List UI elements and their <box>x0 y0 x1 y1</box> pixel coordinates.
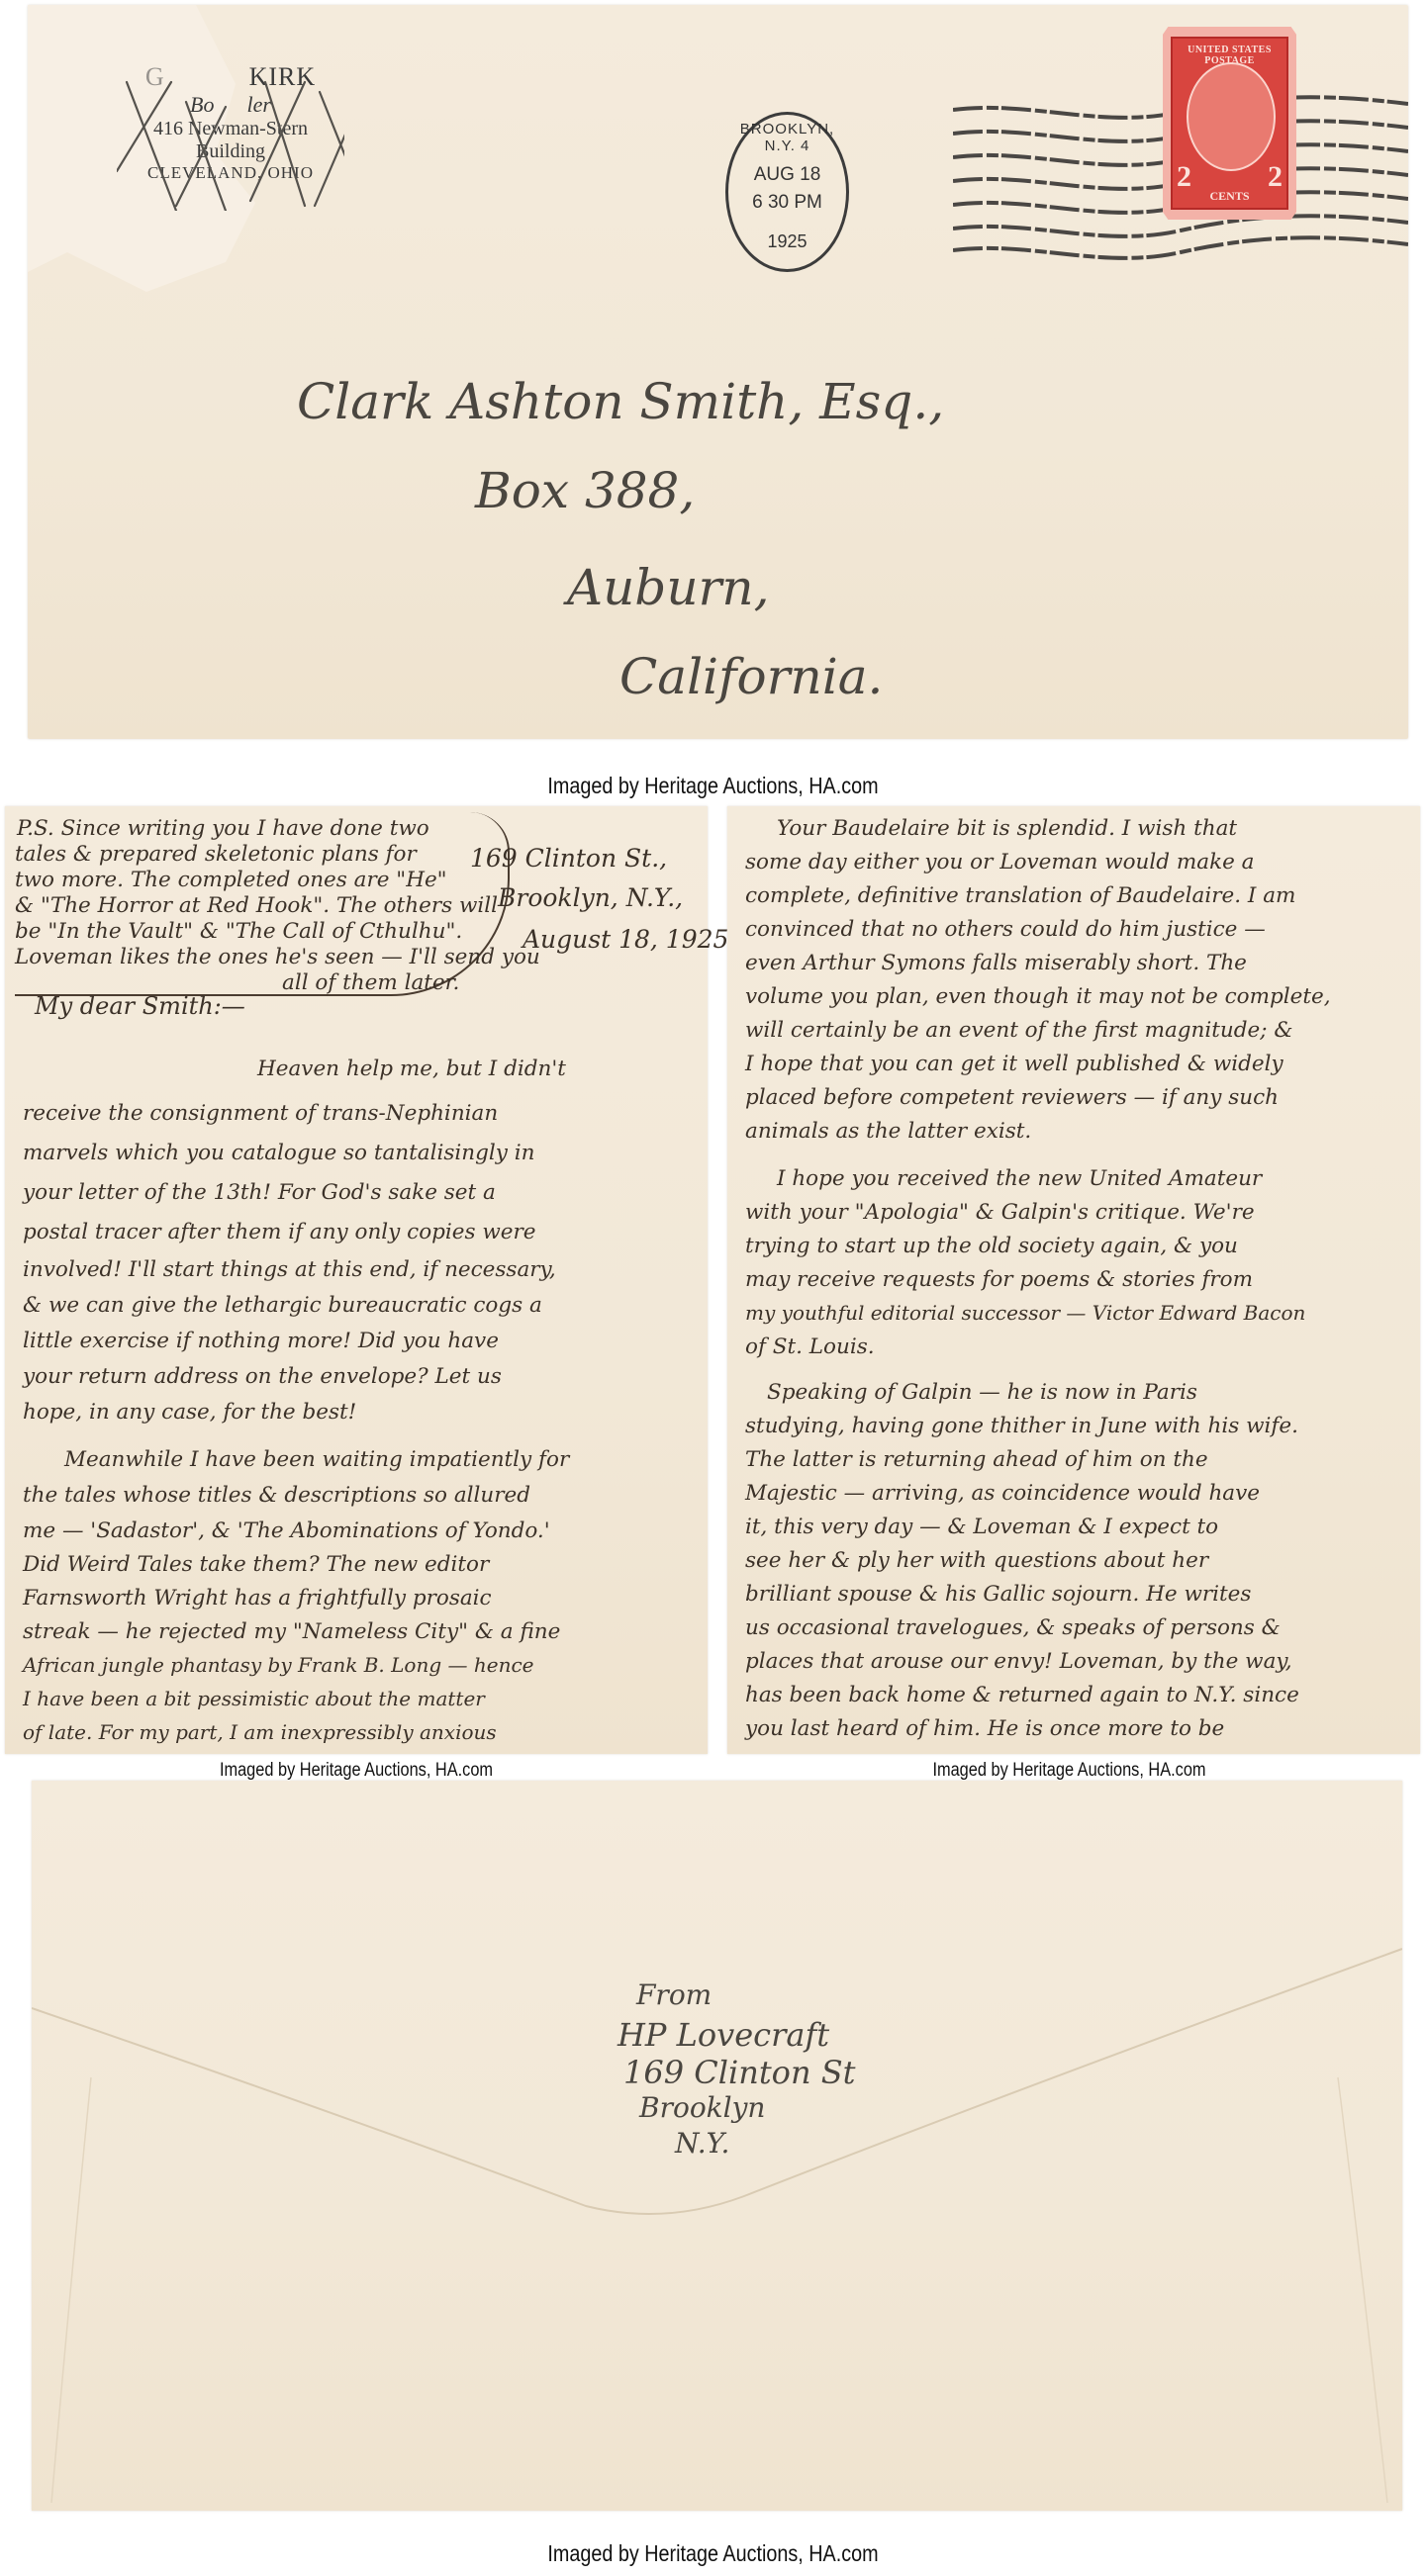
letter-line: involved! I'll start things at this end,… <box>23 1259 556 1281</box>
postmark: BROOKLYN, N.Y. 4 AUG 18 6 30 PM 1925 <box>725 112 849 272</box>
letter-line: studying, having gone thither in June wi… <box>745 1416 1298 1437</box>
heading-city: Brooklyn, N.Y., <box>498 885 683 910</box>
letter-line: the tales whose titles & descriptions so… <box>23 1485 530 1507</box>
letter-line: has been back home & returned again to N… <box>745 1685 1299 1706</box>
heading-street: 169 Clinton St., <box>470 846 667 871</box>
letter-line: your return address on the envelope? Let… <box>23 1366 502 1388</box>
letter-line: see her & ply her with questions about h… <box>745 1550 1208 1572</box>
letter-line: Your Baudelaire bit is splendid. I wish … <box>777 818 1237 840</box>
return-address-state: N.Y. <box>675 2127 729 2160</box>
front-envelope: G KIRK Bo ler 416 Newman-Stern Building … <box>28 5 1408 739</box>
letter-line: of St. Louis. <box>745 1336 875 1358</box>
letter-line: your letter of the 13th! For God's sake … <box>23 1182 496 1204</box>
caption-page-2: Imaged by Heritage Auctions, HA.com <box>762 1760 1376 1782</box>
postmark-time: 6 30 PM <box>728 192 846 214</box>
recipient-state: California. <box>619 648 883 705</box>
recipient-name: Clark Ashton Smith, Esq., <box>297 373 944 430</box>
letter-line: you last heard of him. He is once more t… <box>745 1718 1224 1740</box>
letter-line: Heaven help me, but I didn't <box>257 1058 566 1080</box>
letter-line: convinced that no others could do him ju… <box>745 919 1266 941</box>
caption-back: Imaged by Heritage Auctions, HA.com <box>100 2540 1326 2567</box>
postscript-line: be "In the Vault" & "The Call of Cthulhu… <box>15 921 462 943</box>
letter-line: my youthful editorial successor — Victor… <box>745 1303 1305 1323</box>
postscript-line: tales & prepared skeletonic plans for <box>15 844 417 866</box>
postmark-year: 1925 <box>728 231 846 252</box>
letter-line: placed before competent reviewers — if a… <box>745 1087 1279 1109</box>
letter-line: animals as the latter exist. <box>745 1121 1031 1143</box>
corner-card-name: G KIRK <box>117 62 344 92</box>
letter-line: Majestic — arriving, as coincidence woul… <box>745 1483 1260 1505</box>
letter-line: trying to start up the old society again… <box>745 1236 1238 1257</box>
letter-line: marvels which you catalogue so tantalisi… <box>23 1143 534 1164</box>
return-address-street: 169 Clinton St <box>623 2054 856 2091</box>
letter-line: hope, in any case, for the best! <box>23 1402 356 1424</box>
corner-card: G KIRK Bo ler 416 Newman-Stern Building … <box>117 62 344 183</box>
caption-front: Imaged by Heritage Auctions, HA.com <box>100 773 1326 799</box>
corner-card-address: 416 Newman-Stern Building <box>117 118 344 163</box>
letter-line: & we can give the lethargic bureaucratic… <box>23 1295 542 1317</box>
letter-line: streak — he rejected my "Nameless City" … <box>23 1621 560 1643</box>
letter-line: Meanwhile I have been waiting impatientl… <box>64 1449 569 1471</box>
recipient-box: Box 388, <box>475 462 695 519</box>
return-address-from: From <box>636 1978 712 2011</box>
letter-line: me — 'Sadastor', & 'The Abominations of … <box>23 1520 550 1542</box>
postscript-line: two more. The completed ones are "He" <box>15 870 447 891</box>
letter-page-2: Your Baudelaire bit is splendid. I wish … <box>727 806 1420 1754</box>
letter-line: Speaking of Galpin — he is now in Paris <box>767 1382 1197 1404</box>
letter-line: Did Weird Tales take them? The new edito… <box>23 1554 489 1576</box>
letter-line: even Arthur Symons falls miserably short… <box>745 953 1247 974</box>
letter-line: I have been a bit pessimistic about the … <box>23 1689 485 1708</box>
letter-line: complete, definitive translation of Baud… <box>745 885 1295 907</box>
postscript-line: Loveman likes the ones he's seen — I'll … <box>15 947 540 968</box>
letter-line: with your "Apologia" & Galpin's critique… <box>745 1202 1255 1224</box>
return-address-city: Brooklyn <box>639 2091 765 2124</box>
letter-line: places that arouse our envy! Loveman, by… <box>745 1651 1292 1673</box>
postmark-date: AUG 18 <box>728 164 846 186</box>
letter-line: I hope that you can get it well publishe… <box>745 1054 1283 1075</box>
postscript-line: P.S. Since writing you I have done two <box>17 818 429 840</box>
postscript-line: all of them later. <box>282 972 459 994</box>
letter-line: volume you plan, even though it may not … <box>745 986 1331 1008</box>
caption-page-1: Imaged by Heritage Auctions, HA.com <box>49 1760 662 1782</box>
letter-line: little exercise if nothing more! Did you… <box>23 1331 499 1352</box>
letter-line: Farnsworth Wright has a frightfully pros… <box>23 1588 492 1610</box>
letter-line: may receive requests for poems & stories… <box>745 1269 1253 1291</box>
letter-line: receive the consignment of trans-Nephini… <box>23 1103 498 1125</box>
heading-date: August 18, 1925. <box>523 927 736 952</box>
postscript-line: & "The Horror at Red Hook". The others w… <box>15 895 498 917</box>
letter-line: I hope you received the new United Amate… <box>777 1168 1262 1190</box>
back-envelope: From HP Lovecraft 169 Clinton St Brookly… <box>32 1781 1402 2511</box>
corner-card-city: CLEVELAND, OHIO <box>117 163 344 183</box>
letter-line: will certainly be an event of the first … <box>745 1020 1292 1042</box>
stamp-cents-label: CENTS <box>1173 189 1286 204</box>
recipient-city: Auburn, <box>567 559 770 616</box>
postmark-city: BROOKLYN, N.Y. 4 <box>728 121 846 154</box>
letter-line: of late. For my part, I am inexpressibly… <box>23 1722 497 1742</box>
corner-card-role: Bo ler <box>117 92 344 118</box>
letter-line: brilliant spouse & his Gallic sojourn. H… <box>745 1584 1251 1606</box>
letter-line: postal tracer after them if any only cop… <box>23 1222 536 1243</box>
letter-line: The latter is returning ahead of him on … <box>745 1449 1208 1471</box>
letter-page-1: P.S. Since writing you I have done two t… <box>5 806 708 1754</box>
return-address-name: HP Lovecraft <box>618 2016 829 2054</box>
letter-line: us occasional travelogues, & speaks of p… <box>745 1617 1281 1639</box>
letter-line: African jungle phantasy by Frank B. Long… <box>23 1655 533 1675</box>
washington-portrait <box>1187 62 1276 171</box>
salutation: My dear Smith:— <box>35 994 245 1018</box>
letter-line: some day either you or Loveman would mak… <box>745 852 1255 874</box>
letter-line: it, this very day — & Loveman & I expect… <box>745 1517 1218 1538</box>
postage-stamp: UNITED STATES POSTAGE 2 2 CENTS <box>1163 27 1296 220</box>
